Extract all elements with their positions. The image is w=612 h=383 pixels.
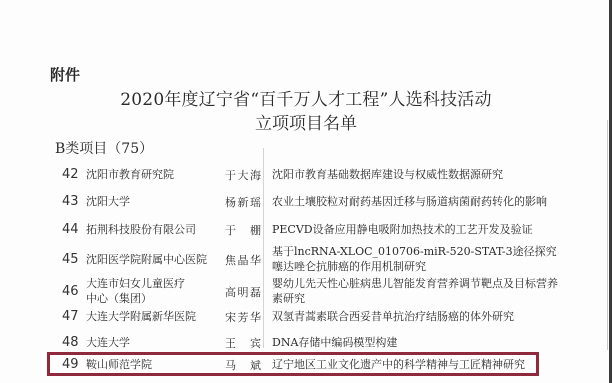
highlight-box: [47, 352, 539, 376]
row-person: 焦晶华: [225, 252, 261, 268]
row-person: 王 宾: [225, 335, 261, 351]
row-project-title: 双氢青蒿素联合西妥昔单抗治疗结肠癌的体外研究: [272, 309, 562, 324]
row-project-title: DNA存储中编码模型构建: [272, 335, 562, 350]
row-number: 46: [62, 284, 79, 299]
row-person: 高明磊: [225, 284, 261, 300]
row-number: 42: [62, 167, 79, 182]
row-person: 宋芳华: [225, 309, 261, 325]
row-project-title: 农业土壤胶粒对耐药基因迁移与肠道病菌耐药转化的影响: [272, 194, 562, 209]
row-person: 于大海: [225, 167, 261, 183]
row-project-title: 基于lncRNA-XLOC_010706-miR-520-STAT-3途径探究噻…: [272, 244, 562, 274]
row-organization: 拓荆科技股份有限公司: [86, 222, 196, 237]
row-project-title: 婴幼儿先天性心脏病患儿智能发育营养调节靶点及目标营养素研究: [272, 276, 562, 306]
row-number: 44: [62, 222, 79, 237]
row-number: 43: [62, 194, 79, 209]
row-organization: 大连市妇女儿童医疗中心（集团）: [86, 276, 191, 306]
document-title: 2020年度辽宁省“百千万人才工程”人选科技活动: [86, 85, 526, 110]
section-heading: B类项目（75）: [55, 138, 153, 158]
row-number: 47: [62, 309, 79, 324]
attachment-label: 附件: [50, 64, 80, 85]
column-divider: [263, 148, 264, 348]
row-number: 45: [62, 252, 79, 267]
table-right-border: [607, 120, 608, 350]
row-organization: 沈阳医学院附属中心医院: [86, 252, 207, 267]
row-number: 48: [62, 335, 79, 350]
row-organization: 沈阳大学: [86, 194, 130, 209]
row-project-title: 沈阳市教育基础数据库建设与权威性数据源研究: [272, 167, 562, 182]
row-person: 杨新瑶: [225, 194, 261, 210]
row-project-title: PECVD设备应用静电吸附加热技术的工艺开发及验证: [272, 222, 562, 237]
row-organization: 沈阳市教育研究院: [86, 167, 174, 182]
row-organization: 大连大学: [86, 335, 130, 350]
document-subtitle: 立项项目名单: [86, 109, 526, 134]
row-organization: 大连大学附属新华医院: [86, 309, 196, 324]
row-person: 于 棚: [225, 222, 261, 238]
